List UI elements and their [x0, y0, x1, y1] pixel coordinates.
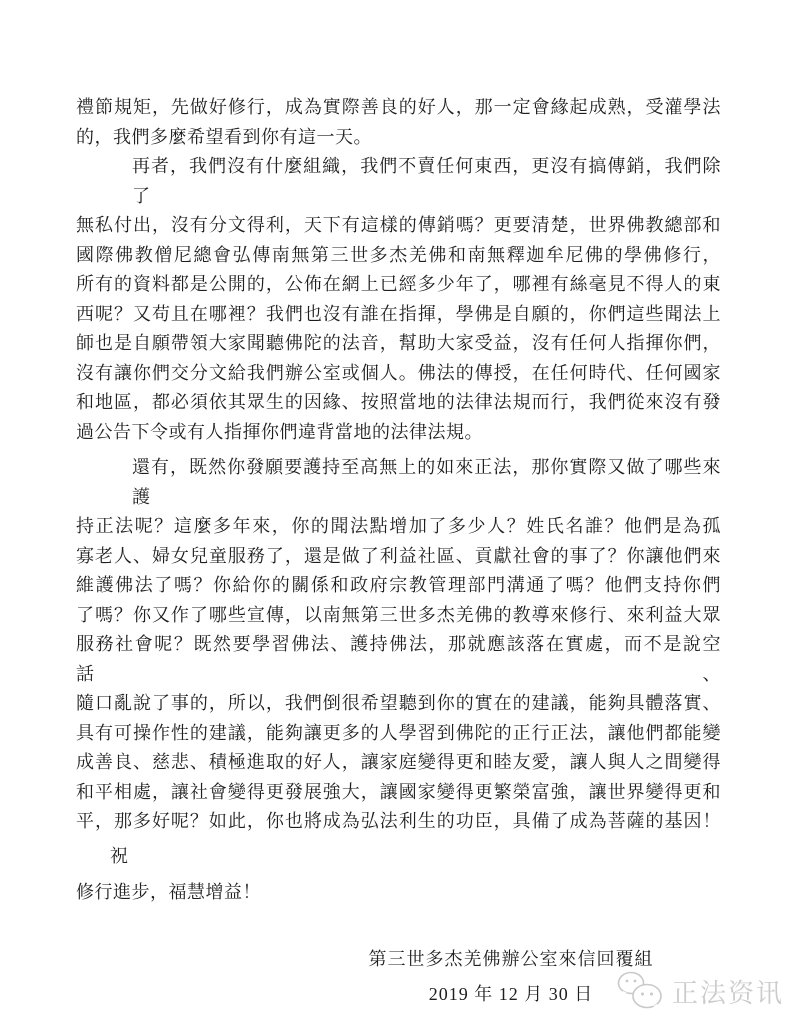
letter-line: 過公告下令或有人指揮你們違背當地的法律法規。: [76, 418, 721, 448]
letter-line: 成善良、慈悲、積極進取的好人，讓家庭變得更和睦友愛，讓人與人之間變得: [76, 748, 721, 778]
letter-line: 了嗎？你又作了哪些宣傳，以南無第三世多杰羌佛的教導來修行、來利益大眾: [76, 601, 721, 631]
letter-line: 國際佛教僧尼總會弘傳南無第三世多杰羌佛和南無釋迦牟尼佛的學佛修行，: [76, 241, 721, 271]
letter-body: 禮節規矩，先做好修行，成為實際善良的好人，那一定會緣起成熟，受灌學法的，我們多麼…: [76, 93, 721, 1009]
letter-line: 服務社會呢？既然要學習佛法、護持佛法，那就應該落在實處，而不是說空話、: [76, 630, 721, 689]
letter-line: 再者，我們沒有什麼組織，我們不賣任何東西，更沒有搞傳銷，我們除了: [76, 152, 721, 211]
letter-line: 具有可操作性的建議，能夠讓更多的人學習到佛陀的正行正法，讓他們都能變: [76, 719, 721, 749]
letter-lines: 禮節規矩，先做好修行，成為實際善良的好人，那一定會緣起成熟，受灌學法的，我們多麼…: [76, 93, 721, 908]
letter-line: 隨口亂說了事的，所以，我們倒很希望聽到你的實在的建議，能夠具體落實、: [76, 689, 721, 719]
letter-line: 師也是自願帶領大家聞聽佛陀的法音，幫助大家受益，沒有任何人指揮你們，: [76, 329, 721, 359]
letter-line: 還有，既然你發願要護持至高無上的如來正法，那你實際又做了哪些來護: [76, 453, 721, 512]
letter-line: 無私付出，沒有分文得利，天下有這樣的傳銷嗎？更要清楚，世界佛教總部和: [76, 211, 721, 241]
letter-line: 修行進步，福慧增益！: [76, 878, 721, 908]
letter-line: 和平相處，讓社會變得更發展強大，讓國家變得更繁榮富強，讓世界變得更和: [76, 778, 721, 808]
letter-line: 持正法呢？這麼多年來，你的聞法點增加了多少人？姓氏名誰？他們是為孤: [76, 512, 721, 542]
letter-line: 祝: [76, 842, 721, 872]
letter-line: 所有的資料都是公開的，公佈在網上已經多少年了，哪裡有絲毫見不得人的東: [76, 270, 721, 300]
letter-line: 寡老人、婦女兒童服務了，還是做了利益社區、貢獻社會的事了？你讓他們來: [76, 542, 721, 572]
letter-line: 的，我們多麼希望看到你有這一天。: [76, 123, 721, 153]
letter-line: 沒有讓你們交分文給我們辦公室或個人。佛法的傳授，在任何時代、任何國家: [76, 359, 721, 389]
signature-line: 第三世多杰羌佛辦公室來信回覆組: [301, 944, 721, 974]
letter-line: 西呢？又苟且在哪裡？我們也沒有誰在指揮，學佛是自願的，你們這些聞法上: [76, 300, 721, 330]
watermark: 正法资讯: [614, 970, 784, 1012]
letter-line: 平，那多好呢？如此，你也將成為弘法利生的功臣，具備了成為菩薩的基因！: [76, 807, 721, 837]
letter-line: 維護佛法了嗎？你給你的關係和政府宗教管理部門溝通了嗎？他們支持你們: [76, 571, 721, 601]
letter-page: 禮節規矩，先做好修行，成為實際善良的好人，那一定會緣起成熟，受灌學法的，我們多麼…: [0, 0, 792, 1024]
letter-line: 禮節規矩，先做好修行，成為實際善良的好人，那一定會緣起成熟，受灌學法: [76, 93, 721, 123]
watermark-label: 正法资讯: [672, 973, 784, 1010]
wechat-icon: [614, 970, 666, 1012]
letter-line: 和地區，都必須依其眾生的因緣、按照當地的法律法規而行，我們從來沒有發: [76, 388, 721, 418]
